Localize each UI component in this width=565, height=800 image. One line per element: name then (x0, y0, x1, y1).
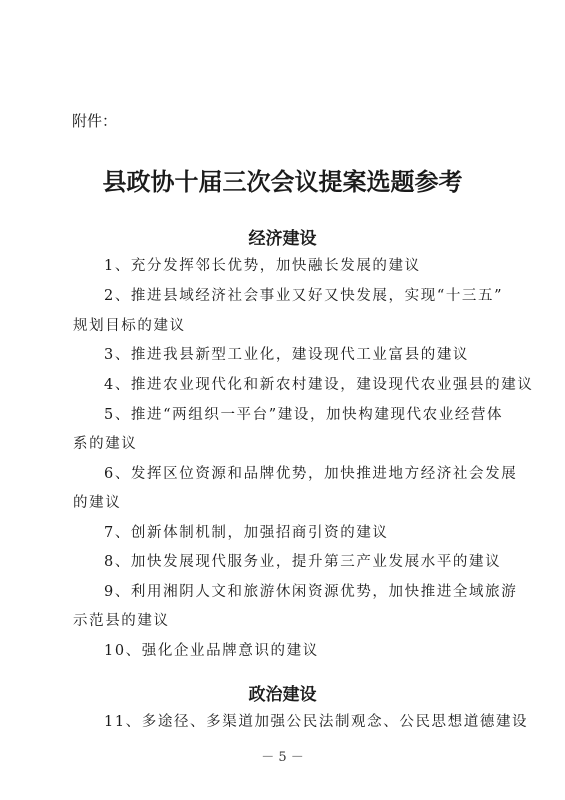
document-title: 县政协十届三次会议提案选题参考 (0, 162, 565, 197)
attachment-label: 附件： (72, 110, 117, 131)
list-item-3: 3、推进我县新型工业化，建设现代工业富县的建议 (104, 343, 469, 364)
list-item-11: 11、多途径、多渠道加强公民法制观念、公民思想道德建设 (104, 710, 528, 731)
list-item-10: 10、强化企业品牌意识的建议 (104, 639, 319, 660)
list-item-7: 7、创新体制机制，加强招商引资的建议 (104, 521, 389, 542)
list-item-4: 4、推进农业现代化和新农村建设，建设现代农业强县的建议 (104, 373, 533, 394)
page-number: － 5 － (0, 746, 565, 765)
list-item-6: 6、发挥区位资源和品牌优势，加快推进地方经济社会发展 (104, 462, 517, 483)
list-item-2-cont: 规划目标的建议 (73, 314, 186, 335)
list-item-6-cont: 的建议 (73, 491, 121, 512)
section-heading-economy: 经济建设 (0, 224, 565, 249)
list-item-5: 5、推进“两组织一平台”建设，加快构建现代农业经营体 (104, 403, 503, 424)
list-item-9: 9、利用湘阴人文和旅游休闲资源优势，加快推进全域旅游 (104, 580, 517, 601)
list-item-9-cont: 示范县的建议 (73, 609, 170, 630)
list-item-2: 2、推进县域经济社会事业又好又快发展，实现“十三五” (104, 284, 503, 305)
list-item-8: 8、加快发展现代服务业，提升第三产业发展水平的建议 (104, 550, 501, 571)
list-item-1: 1、充分发挥邻长优势，加快融长发展的建议 (104, 254, 421, 275)
list-item-5-cont: 系的建议 (73, 432, 137, 453)
section-heading-politics: 政治建设 (0, 680, 565, 705)
